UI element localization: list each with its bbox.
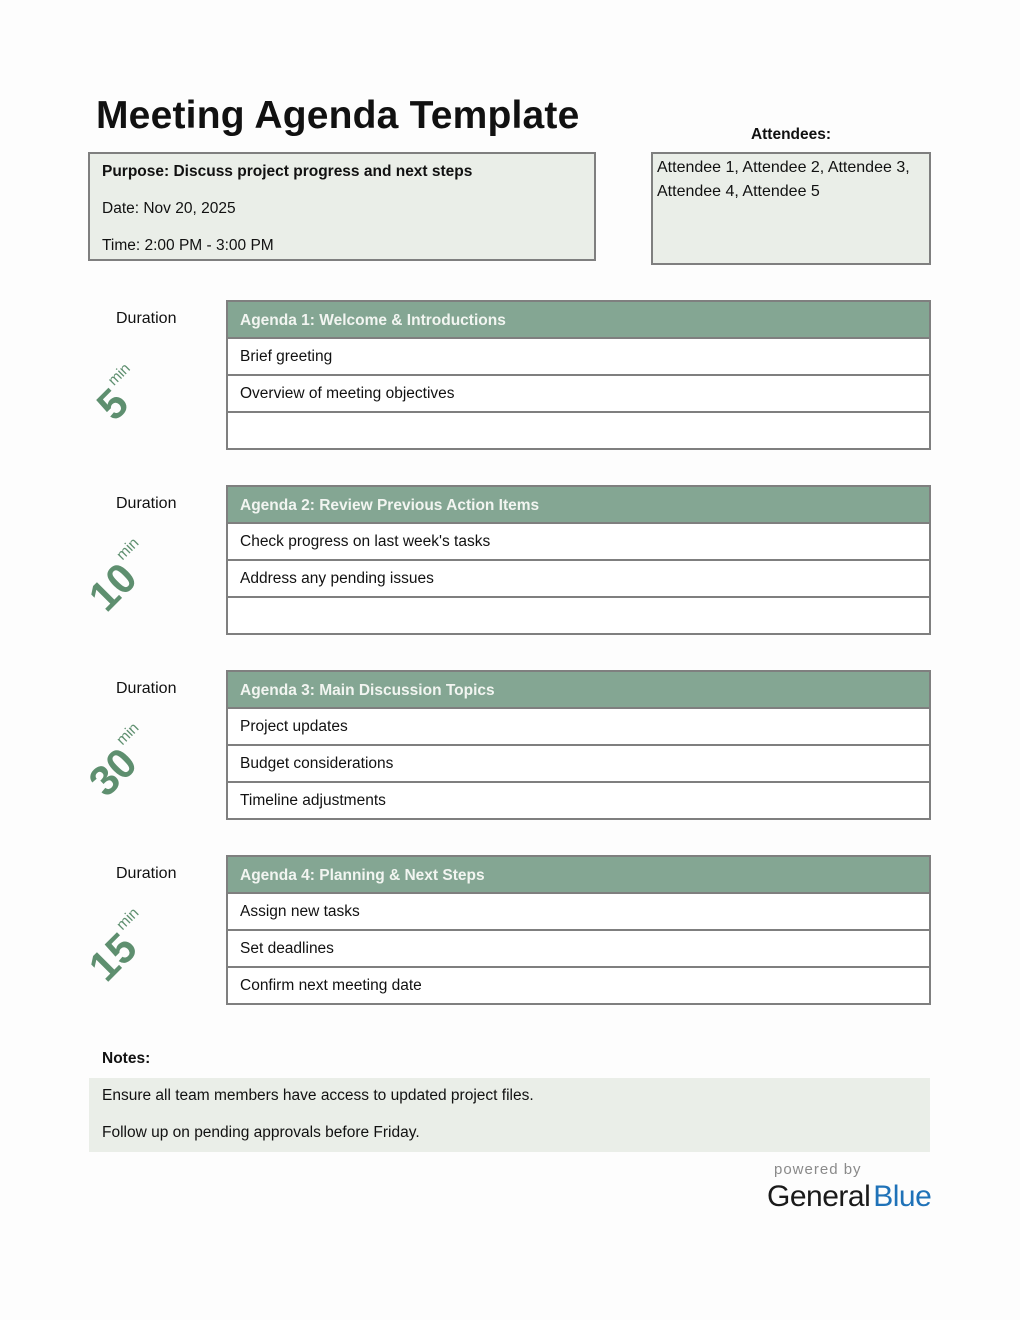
agenda-section-4: Duration 15min Agenda 4: Planning & Next… (0, 855, 1020, 1005)
duration-value: 15 (79, 924, 145, 990)
attendees-label: Attendees: (651, 126, 931, 144)
agenda-item[interactable]: Timeline adjustments (228, 783, 929, 818)
agenda-item[interactable]: Brief greeting (228, 339, 929, 376)
duration-label: Duration (116, 865, 176, 883)
generalblue-logo[interactable]: GeneralBlue (767, 1180, 931, 1214)
notes-field[interactable]: Ensure all team members have access to u… (89, 1078, 930, 1152)
notes-label: Notes: (102, 1050, 150, 1068)
agenda-item[interactable]: Check progress on last week's tasks (228, 524, 929, 561)
duration-value: 10 (79, 554, 145, 620)
note-line: Ensure all team members have access to u… (102, 1087, 534, 1105)
brand-blue: Blue (873, 1180, 931, 1213)
agenda-table: Agenda 3: Main Discussion Topics Project… (226, 670, 931, 820)
agenda-section-1: Duration 5min Agenda 1: Welcome & Introd… (0, 300, 1020, 450)
agenda-item[interactable] (228, 598, 929, 633)
agenda-item[interactable]: Budget considerations (228, 746, 929, 783)
agenda-header: Agenda 3: Main Discussion Topics (228, 672, 929, 709)
attendees-field[interactable]: Attendee 1, Attendee 2, Attendee 3, Atte… (651, 152, 931, 265)
agenda-item[interactable] (228, 413, 929, 448)
duration-label: Duration (116, 310, 176, 328)
agenda-item[interactable]: Address any pending issues (228, 561, 929, 598)
agenda-header: Agenda 1: Welcome & Introductions (228, 302, 929, 339)
duration-label: Duration (116, 495, 176, 513)
agenda-item[interactable]: Confirm next meeting date (228, 968, 929, 1003)
duration-value: 30 (79, 739, 145, 805)
duration-badge: 10min (82, 518, 195, 631)
date-field[interactable]: Date: Nov 20, 2025 (102, 200, 236, 218)
agenda-section-2: Duration 10min Agenda 2: Review Previous… (0, 485, 1020, 635)
purpose-field[interactable]: Purpose: Discuss project progress and ne… (102, 163, 472, 181)
agenda-item[interactable]: Project updates (228, 709, 929, 746)
time-field[interactable]: Time: 2:00 PM - 3:00 PM (102, 237, 274, 255)
agenda-header: Agenda 2: Review Previous Action Items (228, 487, 929, 524)
agenda-header: Agenda 4: Planning & Next Steps (228, 857, 929, 894)
note-line: Follow up on pending approvals before Fr… (102, 1124, 420, 1142)
agenda-item[interactable]: Overview of meeting objectives (228, 376, 929, 413)
agenda-table: Agenda 2: Review Previous Action Items C… (226, 485, 931, 635)
agenda-item[interactable]: Set deadlines (228, 931, 929, 968)
duration-badge: 5min (90, 327, 203, 440)
duration-value: 5 (87, 379, 137, 429)
duration-label: Duration (116, 680, 176, 698)
agenda-table: Agenda 1: Welcome & Introductions Brief … (226, 300, 931, 450)
meeting-info-box: Purpose: Discuss project progress and ne… (88, 152, 596, 261)
agenda-section-3: Duration 30min Agenda 3: Main Discussion… (0, 670, 1020, 820)
duration-badge: 15min (82, 888, 195, 1001)
agenda-item[interactable]: Assign new tasks (228, 894, 929, 931)
page-title: Meeting Agenda Template (96, 92, 580, 140)
duration-badge: 30min (82, 703, 195, 816)
agenda-table: Agenda 4: Planning & Next Steps Assign n… (226, 855, 931, 1005)
powered-by-text: powered by (774, 1161, 862, 1178)
brand-general: General (767, 1180, 870, 1213)
